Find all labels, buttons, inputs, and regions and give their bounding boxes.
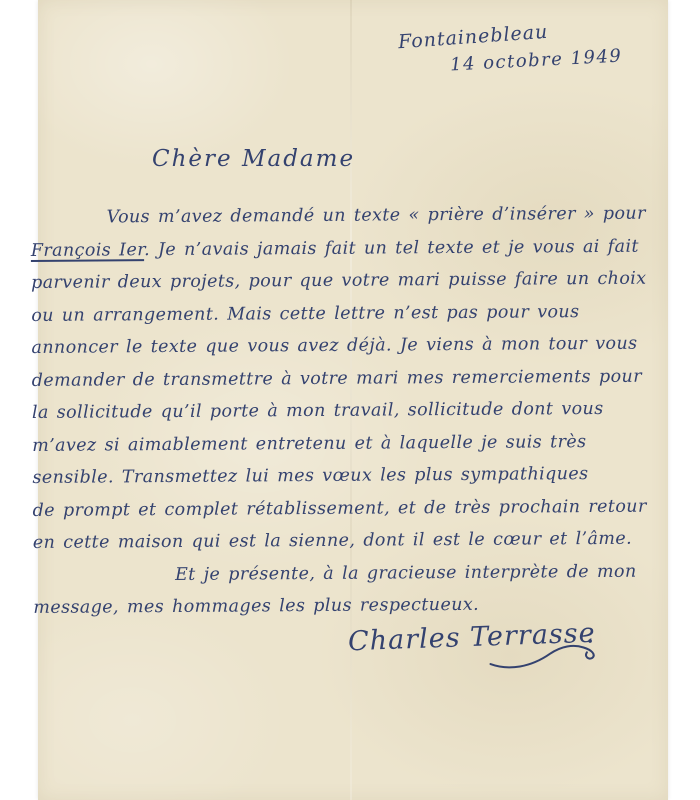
letter-line: François Ier. Je n’avais jamais fait un … <box>31 237 587 273</box>
line-text: de prompt et complet rétablissement, et … <box>33 496 647 520</box>
line-text: en cette maison qui est la sienne, dont … <box>33 529 632 553</box>
line-text: parvenir deux projets, pour que votre ma… <box>31 269 647 293</box>
letter-line: la sollicitude qu’il porte à mon travail… <box>32 399 588 435</box>
line-text: la sollicitude qu’il porte à mon travail… <box>32 399 604 423</box>
letter-line: en cette maison qui est la sienne, dont … <box>33 529 589 565</box>
letter-line: m’avez si aimablement entretenu et à laq… <box>32 432 588 468</box>
letter-line: parvenir deux projets, pour que votre ma… <box>31 269 587 305</box>
letter-body: Vous m’avez demandé un texte « prière d’… <box>31 204 590 630</box>
line-text: m’avez si aimablement entretenu et à laq… <box>32 432 586 456</box>
line-text: message, mes hommages les plus respectue… <box>33 595 479 618</box>
letter-line: demander de transmettre à votre mari mes… <box>32 367 588 403</box>
letter-line: sensible. Transmettez lui mes vœux les p… <box>32 464 588 500</box>
line-text: sensible. Transmettez lui mes vœux les p… <box>32 464 588 488</box>
letter-line: ou un arrangement. Mais cette lettre n’e… <box>31 302 587 338</box>
line-text: Vous m’avez demandé un texte « prière d’… <box>107 204 646 228</box>
line-text: . Je n’avais jamais fait un tel texte et… <box>144 236 639 259</box>
letter-line: annoncer le texte que vous avez déjà. Je… <box>31 334 587 370</box>
line-text: demander de transmettre à votre mari mes… <box>32 366 642 390</box>
line-text: annoncer le texte que vous avez déjà. Je… <box>31 334 637 358</box>
line-text: Et je présente, à la gracieuse interprèt… <box>175 561 637 584</box>
letter-line: de prompt et complet rétablissement, et … <box>33 497 589 533</box>
letter-salutation: Chère Madame <box>152 146 355 172</box>
underlined-title: François Ier <box>31 240 144 261</box>
line-text: ou un arrangement. Mais cette lettre n’e… <box>31 302 579 326</box>
letter-line: Vous m’avez demandé un texte « prière d’… <box>31 204 587 240</box>
letter-scan: Fontainebleau 14 octobre 1949 Chère Mada… <box>0 0 700 800</box>
letter-line: Et je présente, à la gracieuse interprèt… <box>33 562 589 598</box>
